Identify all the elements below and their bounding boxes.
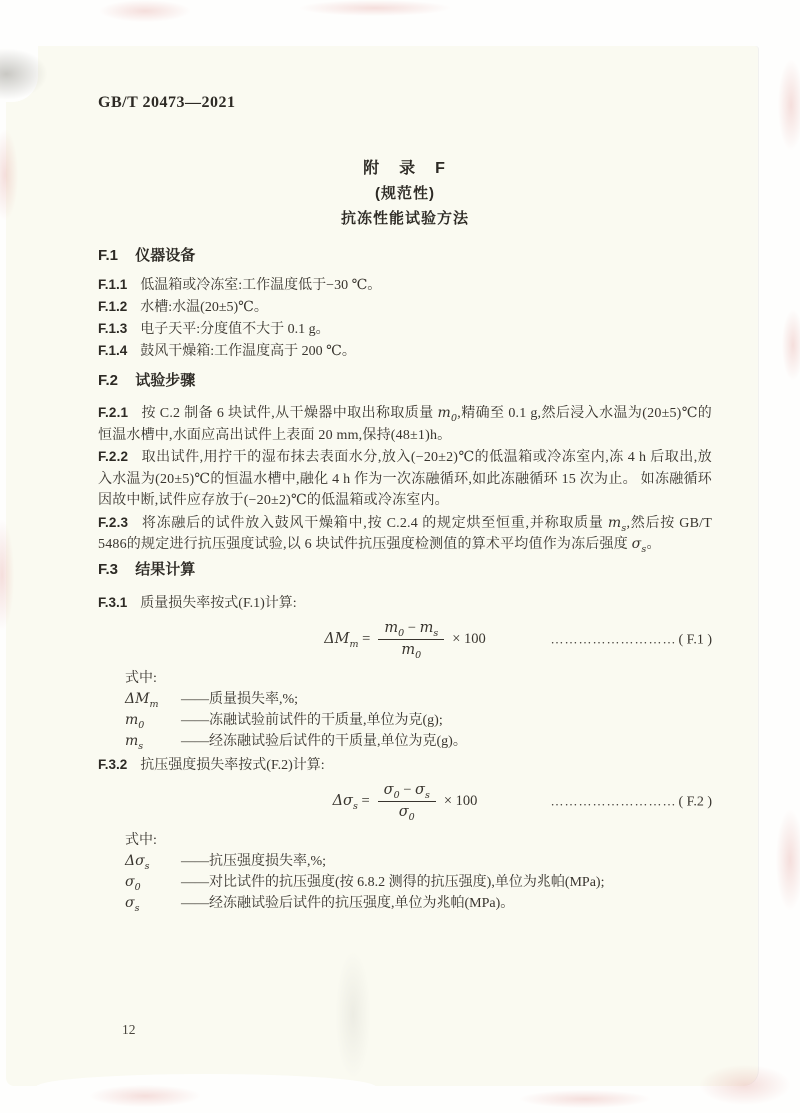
scan-artifact — [778, 60, 800, 150]
clause-row: F.1.4鼓风干燥箱:工作温度高于 200 ℃。 — [98, 340, 712, 362]
clause-paragraph: F.2.1按 C.2 制备 6 块试件,从干燥器中取出称取质量 m0,精确至 0… — [98, 402, 712, 446]
formula-f1: ΔMm = m0 − ms m0 × 100 ……………………… ( F.1 ) — [98, 617, 712, 663]
scan-artifact — [776, 810, 800, 910]
definition-row: m0——冻融试验前试件的干质量,单位为克(g); — [125, 710, 712, 731]
section-number: F.1 — [98, 247, 118, 264]
where-block-f1: 式中: ΔMm——质量损失率,%; m0——冻融试验前试件的干质量,单位为克(g… — [125, 669, 712, 752]
clause-row: F.3.2抗压强度损失率按式(F.2)计算: — [98, 754, 712, 776]
definition-text: 冻融试验前试件的干质量,单位为克(g); — [209, 710, 712, 731]
fraction-denominator: σ0 — [393, 802, 421, 822]
procedure-paragraphs: F.2.1按 C.2 制备 6 块试件,从干燥器中取出称取质量 m0,精确至 0… — [98, 402, 712, 556]
scan-artifact — [520, 1090, 650, 1108]
appendix-subject: 抗冻性能试验方法 — [98, 206, 712, 231]
clause-paragraph: F.2.3将冻融后的试件放入鼓风干燥箱中,按 C.2.4 的规定烘至恒重,并称取… — [98, 512, 712, 556]
definition-symbol: σ0 — [125, 872, 181, 893]
clause-number: F.1.4 — [98, 343, 127, 358]
equation: ΔMm = m0 − ms m0 × 100 — [324, 619, 486, 660]
fraction-denominator: m0 — [395, 640, 427, 660]
clause-text: 水槽:水温(20±5)℃。 — [140, 300, 268, 315]
section-title: 仪器设备 — [135, 247, 195, 264]
clause-number: F.2.2 — [98, 449, 128, 464]
equation-label: ( F.1 ) — [679, 632, 713, 648]
section-number: F.3 — [98, 561, 118, 578]
clause-number: F.1.1 — [98, 277, 127, 292]
definition-dash: —— — [181, 872, 209, 893]
definition-text: 对比试件的抗压强度(按 6.8.2 测得的抗压强度),单位为兆帕(MPa); — [209, 872, 712, 893]
clause-row: F.1.2水槽:水温(20±5)℃。 — [98, 296, 712, 318]
leader-dots: ……………………… — [551, 793, 677, 809]
clause-text: 抗压强度损失率按式(F.2)计算: — [140, 758, 324, 773]
section-title: 试验步骤 — [135, 372, 195, 389]
clause-text: 电子天平:分度值不大于 0.1 g。 — [140, 322, 329, 337]
clause-number: F.2.1 — [98, 405, 128, 420]
section-title: 结果计算 — [135, 561, 195, 578]
formula-f2: Δσs = σ0 − σs σ0 × 100 ……………………… ( F.2 ) — [98, 779, 712, 825]
scan-artifact — [782, 310, 800, 380]
equation-lhs: Δσs = — [333, 793, 370, 810]
definition-dash: —— — [181, 710, 209, 731]
standard-number: GB/T 20473—2021 — [98, 94, 712, 112]
equation-lhs: ΔMm = — [324, 631, 370, 648]
definition-row: σs——经冻融试验后试件的抗压强度,单位为兆帕(MPa)。 — [125, 893, 712, 914]
fraction-numerator: σ0 − σs — [378, 781, 436, 802]
clause-text: 低温箱或冷冻室:工作温度低于−30 ℃。 — [140, 278, 381, 293]
section-heading-f2: F.2 试验步骤 — [98, 371, 712, 391]
where-label: 式中: — [125, 669, 712, 689]
clause-row: F.3.1质量损失率按式(F.1)计算: — [98, 592, 712, 614]
definition-symbol: ms — [125, 731, 181, 752]
definition-text: 质量损失率,%; — [209, 689, 712, 710]
equation-suffix: × 100 — [444, 793, 478, 810]
where-label: 式中: — [125, 831, 712, 851]
clause-number: F.1.3 — [98, 321, 127, 336]
equipment-list: F.1.1低温箱或冷冻室:工作温度低于−30 ℃。 F.1.2水槽:水温(20±… — [98, 274, 712, 362]
fraction-numerator: m0 − ms — [378, 619, 444, 640]
definition-dash: —— — [181, 731, 209, 752]
definition-dash: —— — [181, 851, 209, 872]
definition-text: 抗压强度损失率,%; — [209, 851, 712, 872]
clause-text: 鼓风干燥箱:工作温度高于 200 ℃。 — [140, 344, 356, 359]
clause-number: F.2.3 — [98, 515, 128, 530]
clause-paragraph: F.2.2取出试件,用拧干的湿布抹去表面水分,放入(−20±2)℃的低温箱或冷冻… — [98, 446, 712, 512]
definition-row: Δσs——抗压强度损失率,%; — [125, 851, 712, 872]
equation-label: ( F.2 ) — [679, 794, 713, 810]
definition-symbol: σs — [125, 893, 181, 914]
definition-symbol: m0 — [125, 710, 181, 731]
definition-row: ΔMm——质量损失率,%; — [125, 689, 712, 710]
document-page: GB/T 20473—2021 附 录 F (规范性) 抗冻性能试验方法 F.1… — [0, 0, 800, 1113]
equation: Δσs = σ0 − σs σ0 × 100 — [333, 781, 478, 822]
fraction: m0 − ms m0 — [378, 619, 444, 660]
clause-text: 取出试件,用拧干的湿布抹去表面水分,放入(−20±2)℃的低温箱或冷冻室内,冻 … — [98, 450, 712, 508]
clause-number: F.3.1 — [98, 595, 127, 610]
section-heading-f1: F.1 仪器设备 — [98, 246, 712, 266]
definition-row: ms——经冻融试验后试件的干质量,单位为克(g)。 — [125, 731, 712, 752]
where-block-f2: 式中: Δσs——抗压强度损失率,%; σ0——对比试件的抗压强度(按 6.8.… — [125, 831, 712, 914]
appendix-title-block: 附 录 F (规范性) 抗冻性能试验方法 — [98, 156, 712, 231]
clause-number: F.1.2 — [98, 299, 127, 314]
page-content: GB/T 20473—2021 附 录 F (规范性) 抗冻性能试验方法 F.1… — [98, 0, 712, 914]
clause-row: F.1.1低温箱或冷冻室:工作温度低于−30 ℃。 — [98, 274, 712, 296]
equation-reference: ……………………… ( F.2 ) — [551, 793, 713, 810]
definition-symbol: Δσs — [125, 851, 181, 872]
page-number: 12 — [122, 1022, 136, 1038]
clause-text: 质量损失率按式(F.1)计算: — [140, 596, 296, 611]
clause-row: F.1.3电子天平:分度值不大于 0.1 g。 — [98, 318, 712, 340]
equation-suffix: × 100 — [452, 631, 486, 648]
definition-symbol: ΔMm — [125, 689, 181, 710]
equation-reference: ……………………… ( F.1 ) — [551, 631, 713, 648]
section-number: F.2 — [98, 372, 118, 389]
definition-text: 经冻融试验后试件的干质量,单位为克(g)。 — [209, 731, 712, 752]
definition-dash: —— — [181, 893, 209, 914]
clause-number: F.3.2 — [98, 757, 127, 772]
definition-dash: —— — [181, 689, 209, 710]
appendix-title: 附 录 F — [98, 156, 712, 181]
appendix-normative-label: (规范性) — [98, 181, 712, 206]
clause-text: 按 C.2 制备 6 块试件,从干燥器中取出称取质量 m0,精确至 0.1 g,… — [98, 406, 712, 443]
definition-row: σ0——对比试件的抗压强度(按 6.8.2 测得的抗压强度),单位为兆帕(MPa… — [125, 872, 712, 893]
leader-dots: ……………………… — [551, 631, 677, 647]
clause-text: 将冻融后的试件放入鼓风干燥箱中,按 C.2.4 的规定烘至恒重,并称取质量 ms… — [98, 516, 712, 553]
section-heading-f3: F.3 结果计算 — [98, 560, 712, 580]
definition-text: 经冻融试验后试件的抗压强度,单位为兆帕(MPa)。 — [209, 893, 712, 914]
fraction: σ0 − σs σ0 — [378, 781, 436, 822]
